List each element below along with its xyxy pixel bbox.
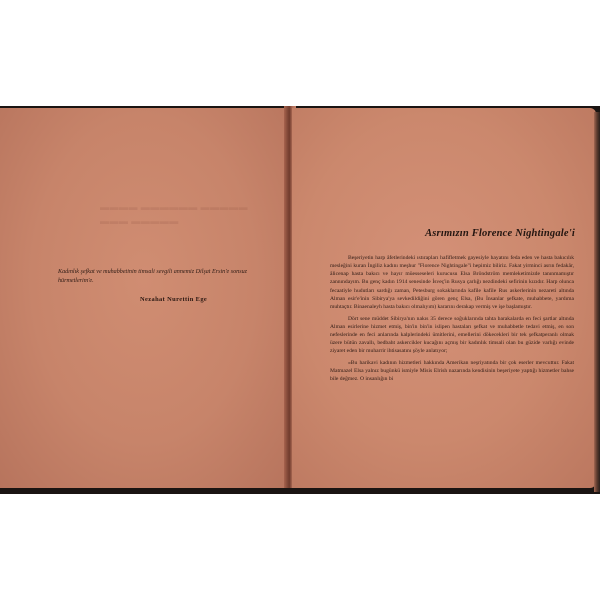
paragraph: Dört sene müddet Sibirya'nın nakıs 35 de… [330, 315, 574, 356]
show-through-text: ▬▬▬▬ ▬▬▬▬▬▬ ▬▬▬▬▬▬▬▬ ▬▬▬▬▬ [100, 200, 270, 228]
paragraph: Beşeriyetin harp âfetlerindeki ıstırapla… [330, 254, 574, 311]
chapter-body: Beşeriyetin harp âfetlerindeki ıstırapla… [330, 254, 574, 387]
left-page: ▬▬▬▬ ▬▬▬▬▬▬ ▬▬▬▬▬▬▬▬ ▬▬▬▬▬ Kadınlık şefk… [0, 108, 288, 488]
dedication-text: Kadınlık şefkat ve muhabbetinin timsali … [58, 268, 248, 285]
open-book: ▬▬▬▬ ▬▬▬▬▬▬ ▬▬▬▬▬▬▬▬ ▬▬▬▬▬ Kadınlık şefk… [0, 106, 600, 494]
page-edges [594, 112, 600, 492]
paragraph: «Bu harikavi kadının hizmetleri hakkında… [330, 359, 574, 383]
chapter-title: Asrımızın Florence Nightingale'i [340, 228, 575, 239]
author-signature: Nezahat Nurettin Ege [140, 296, 207, 303]
right-page: Asrımızın Florence Nightingale'i Beşeriy… [292, 108, 596, 488]
